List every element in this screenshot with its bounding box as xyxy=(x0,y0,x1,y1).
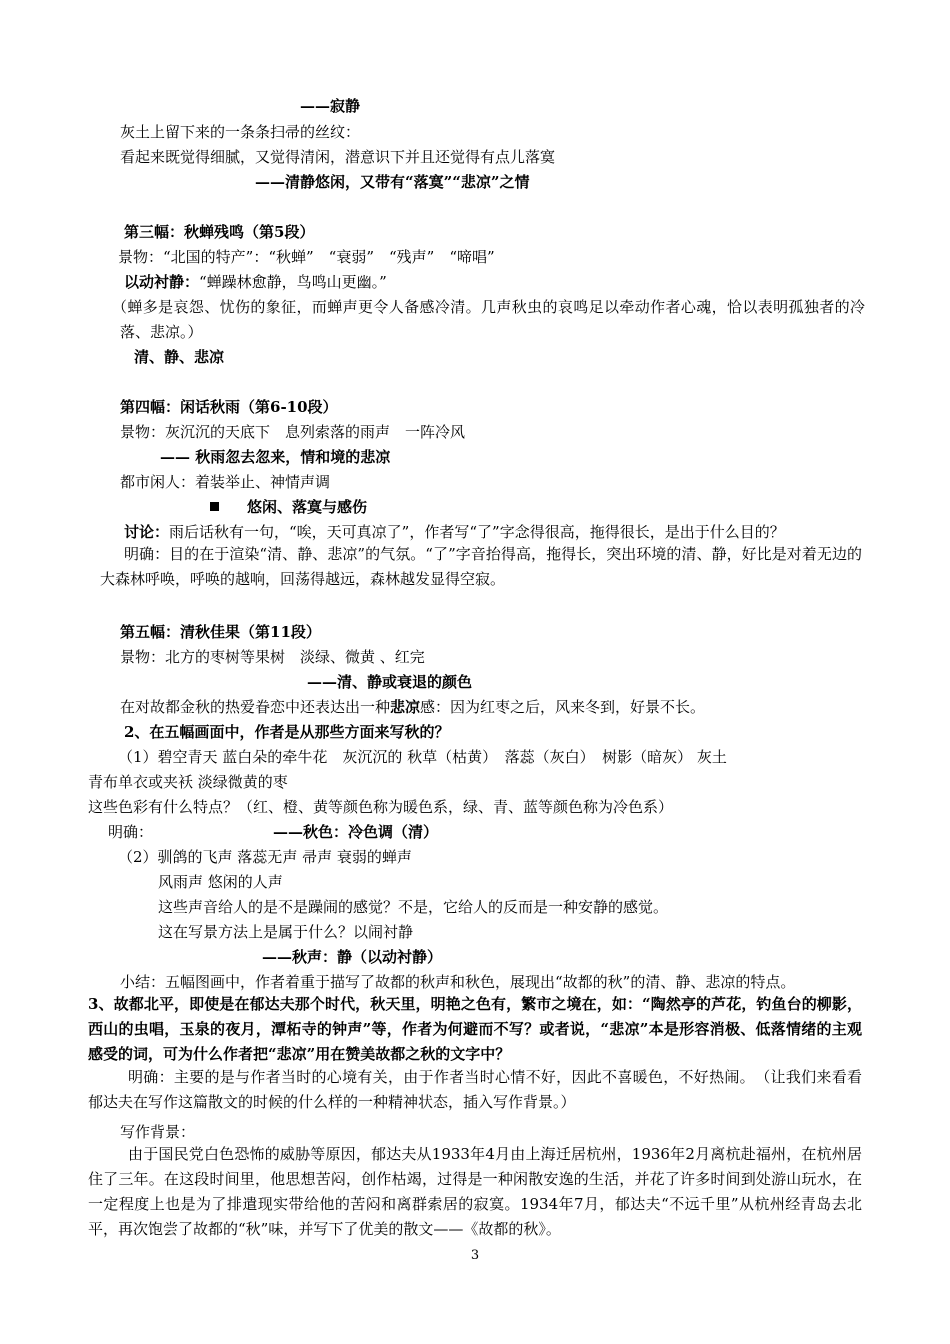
document-page: ——寂静 灰土上留下来的一条条扫帚的丝纹： 看起来既觉得细腻，又觉得清闲，潜意识… xyxy=(0,0,950,1344)
text-line: 景物：“北国的特产”：“秋蝉” “衰弱” “残声” “啼唱” xyxy=(118,247,495,267)
section-heading-3: 第三幅：秋蝉残鸣（第5段） xyxy=(124,222,314,242)
text-line: 在对故都金秋的热爱眷恋中还表达出一种悲凉感：因为红枣之后，风来冬到，好景不长。 xyxy=(120,697,705,717)
text-line: 这些声音给人的是不是躁闹的感觉？不是，它给人的反而是一种安静的感觉。 xyxy=(158,897,668,917)
text-line: 都市闲人：着装举止、神情声调 xyxy=(120,472,330,492)
text-line: 这些色彩有什么特点？（红、橙、黄等颜色称为暖色系，绿、青、蓝等颜色称为冷色系） xyxy=(88,797,673,817)
bullet-line: 悠闲、落寞与感伤 xyxy=(210,497,367,517)
text-post: 感：因为红枣之后，风来冬到，好景不长。 xyxy=(420,698,705,716)
summary-line: ——清静悠闲，又带有“落寞”“悲凉”之情 xyxy=(255,172,530,192)
text-line: 明确：——秋色：冷色调（清） xyxy=(108,822,438,842)
text-line: 以动衬静：“蝉躁林愈静，鸟鸣山更幽。” xyxy=(124,272,387,292)
page-number: 3 xyxy=(0,1248,950,1263)
background-paragraph: 由于国民党白色恐怖的威胁等原因，郁达夫从1933年4月由上海迁居杭州，1936年… xyxy=(88,1142,862,1242)
text-paragraph: 明确：主要的是与作者当时的心境有关，由于作者当时心情不好，因此不喜暖色，不好热闹… xyxy=(88,1065,862,1115)
text-line: 这在写景方法上是属于什么？以闹衬静 xyxy=(158,922,413,942)
summary-line: —— 秋雨忽去忽来，情和境的悲凉 xyxy=(160,447,390,467)
question-3: 3、故都北平，即使是在郁达夫那个时代，秋天里，明艳之色有，繁市之境在，如：“陶然… xyxy=(88,992,862,1067)
text-line: 小结：五幅图画中，作者着重于描写了故都的秋声和秋色，展现出“故都的秋”的清、静、… xyxy=(120,972,795,992)
summary-line: 清、静、悲凉 xyxy=(134,347,224,367)
text-line: （2）驯鸽的飞声 落蕊无声 帚声 衰弱的蝉声 xyxy=(118,847,412,867)
text-line: 看起来既觉得细腻，又觉得清闲，潜意识下并且还觉得有点儿落寞 xyxy=(120,147,555,167)
question-2: 2、在五幅画面中，作者是从那些方面来写秋的？ xyxy=(124,722,449,742)
summary-line: ——清、静或衰退的颜色 xyxy=(307,672,472,692)
text-line: 写作背景： xyxy=(120,1122,195,1142)
text-bold: 悲凉 xyxy=(390,698,420,716)
answer: ——秋色：冷色调（清） xyxy=(273,823,438,841)
quote: “蝉躁林愈静，鸟鸣山更幽。” xyxy=(199,273,387,291)
discussion-line: 讨论：雨后话秋有一句，“唉，天可真凉了”，作者写“了”字念得很高，拖得很长，是出… xyxy=(124,522,785,542)
summary-silence: ——寂静 xyxy=(300,96,360,116)
question: 雨后话秋有一句，“唉，天可真凉了”，作者写“了”字念得很高，拖得很长，是出于什么… xyxy=(169,523,785,541)
text-pre: 在对故都金秋的热爱眷恋中还表达出一种 xyxy=(120,698,390,716)
label: 以动衬静： xyxy=(124,273,199,291)
text-paragraph: 明确：目的在于渲染“清、静、悲凉”的气氛。“了”字音抬得高，拖得长，突出环境的清… xyxy=(100,542,862,592)
label: 明确： xyxy=(108,823,153,841)
text-paragraph: （蝉多是哀怨、忧伤的象征，而蝉声更令人备感冷清。几声秋虫的哀鸣足以牵动作者心魂，… xyxy=(120,295,865,345)
label: 讨论： xyxy=(124,523,169,541)
text-line: 景物：北方的枣树等果树 淡绿、微黄 、红完 xyxy=(120,647,425,667)
summary-line: ——秋声：静（以动衬静） xyxy=(262,947,442,967)
section-heading-5: 第五幅：清秋佳果（第11段） xyxy=(120,622,321,642)
text-line: 青布单衣或夹袄 淡绿微黄的枣 xyxy=(88,772,288,792)
text-line: 风雨声 悠闲的人声 xyxy=(158,872,283,892)
section-heading-4: 第四幅：闲话秋雨（第6-10段） xyxy=(120,397,338,417)
text-line: （1）碧空青天 蓝白朵的牵牛花 灰沉沉的 秋草（枯黄） 落蕊（灰白） 树影（暗灰… xyxy=(118,747,727,767)
text-line: 灰土上留下来的一条条扫帚的丝纹： xyxy=(120,122,360,142)
bullet-text: 悠闲、落寞与感伤 xyxy=(247,498,367,516)
square-bullet-icon xyxy=(210,502,219,511)
text-line: 景物：灰沉沉的天底下 息列索落的雨声 一阵冷风 xyxy=(120,422,465,442)
